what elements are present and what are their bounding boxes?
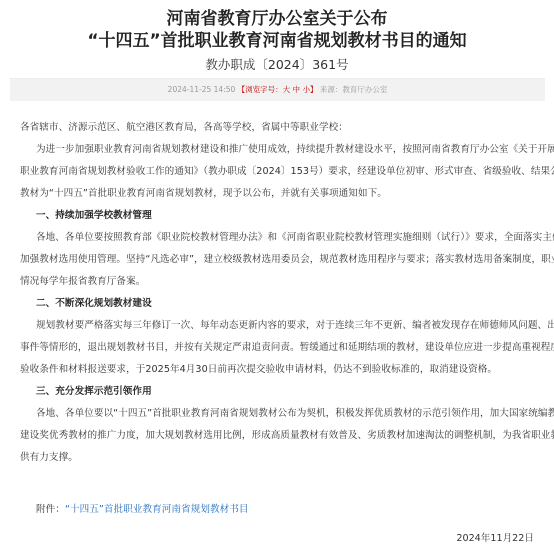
section-2-line: 规划教材要严格落实每三年修订一次、每年动态更新内容的要求，对于连续三年不更新、编… — [36, 320, 554, 332]
section-heading-2: 二、不断深化规划教材建设 — [36, 298, 152, 310]
intro-line: 职业教育河南省规划教材验收工作的通知》（教办职成〔2024〕153号）要求，经建… — [20, 166, 554, 178]
source-label: 来源： — [320, 85, 343, 94]
section-3-line: 建设奖优秀教材的推广力度，加大规划教材选用比例，形成高质量教材有效普及、劣质教材… — [20, 430, 554, 442]
attachment-link[interactable]: “十四五”首批职业教育河南省规划教材书目 — [65, 504, 249, 515]
source-value: 教育厅办公室 — [342, 85, 387, 94]
section-1-line: 加强教材选用使用管理。坚持“凡选必审”，建立校级教材选用委员会，规范教材选用程序… — [20, 254, 554, 266]
salutation: 各省辖市、济源示范区、航空港区教育局，各高等学校，省属中等职业学校： — [20, 122, 348, 134]
intro-line: 教材为“十四五”首批职业教育河南省规划教材，现予以公布，并就有关事项通知如下。 — [20, 188, 387, 200]
article-meta-bar: 2024-11-25 14:50 【浏览字号：大 中 小】 来源：教育厅办公室 — [10, 78, 545, 101]
section-heading-1: 一、持续加强学校教材管理 — [36, 210, 152, 222]
font-size-small[interactable]: 小 — [302, 85, 310, 94]
font-size-bracket: 】 — [310, 85, 318, 94]
font-size-large[interactable]: 大 — [283, 85, 291, 94]
issue-date: 2024年11月22日 — [456, 530, 534, 544]
section-2-line: 事件等情形的，退出规划教材书目，并按有关规定严肃追责问责。暂缓通过和延期结项的教… — [20, 342, 554, 354]
document-number: 教办职成〔2024〕361号 — [0, 55, 554, 73]
section-2-line: 验收条件和材料报送要求，于2025年4月30日前再次提交验收申请材料，仍达不到验… — [20, 364, 497, 376]
font-size-label: 【浏览字号： — [238, 85, 283, 94]
section-1-line: 情况每学年报省教育厅备案。 — [20, 276, 145, 288]
attachment-label: 附件： — [36, 504, 65, 515]
intro-line: 为进一步加强职业教育河南省规划教材建设和推广使用成效，持续提升教材建设水平，按照… — [36, 144, 554, 156]
font-size-medium[interactable]: 中 — [293, 85, 301, 94]
section-1-line: 各地、各单位要按照教育部《职业院校教材管理办法》和《河南省职业院校教材管理实施细… — [36, 232, 554, 244]
publish-datetime: 2024-11-25 14:50 — [168, 85, 236, 94]
section-heading-3: 三、充分发挥示范引领作用 — [36, 386, 152, 398]
section-3-line: 供有力支撑。 — [20, 452, 78, 464]
section-3-line: 各地、各单位要以“十四五”首批职业教育河南省规划教材公布为契机，积极发挥优质教材… — [36, 408, 554, 420]
font-size-control: 【浏览字号：大 中 小】 — [238, 85, 318, 94]
title-line-2: “十四五”首批职业教育河南省规划教材书目的通知 — [0, 26, 554, 51]
attachment: 附件：“十四五”首批职业教育河南省规划教材书目 — [36, 504, 249, 516]
